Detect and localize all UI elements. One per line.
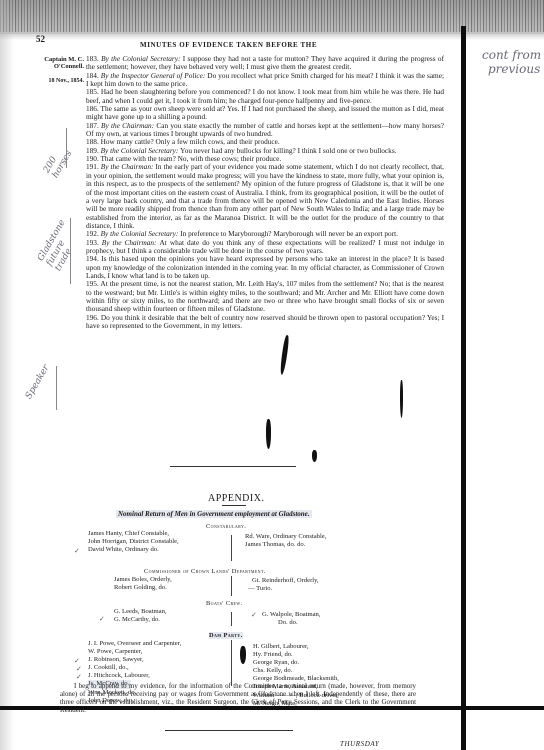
page-number: 52 — [36, 34, 45, 44]
roster-entry: James Thomas, do. do. — [245, 541, 326, 549]
margin-note-horses: 200 horses — [42, 144, 74, 180]
column-divider — [231, 640, 232, 686]
catchword: THURSDAY — [340, 740, 379, 748]
evidence-question: 193. By the Chairman: At what date do yo… — [86, 239, 444, 256]
appendix-title: APPENDIX. — [208, 493, 264, 504]
roster-entry: George Ryan, do. — [253, 659, 339, 667]
check-mark: ✓ — [74, 657, 80, 665]
commissioner-right: Gt. Reinderhoff, Orderly, — Turio. — [252, 577, 319, 593]
witness-name: Captain M. C. O'Connell. — [44, 56, 84, 70]
roster-entry: Gt. Reinderhoff, Orderly, — [252, 577, 319, 585]
evidence-question: 195. At the present time, is not the nea… — [86, 280, 444, 313]
evidence-question: 186. The same as your own sheep were sol… — [86, 105, 444, 122]
margin-note-trade: Gladstone future trade — [36, 218, 85, 273]
witness-date: 18 Nov., 1854. — [34, 78, 84, 85]
roster-entry: Do. do. — [278, 619, 321, 627]
section-heading-constabulary: Constabulary. — [206, 523, 246, 530]
section-heading-dam-party: Dam Party. — [209, 632, 243, 639]
evidence-body: 183. By the Colonial Secretary: I suppos… — [86, 55, 444, 330]
evidence-question: 191. By the Chairman: In the early part … — [86, 163, 444, 230]
evidence-question: 187. By the Chairman: Can you state exac… — [86, 122, 444, 139]
ink-blot — [279, 335, 290, 375]
evidence-question: 194. Is this based upon the opinions you… — [86, 255, 444, 280]
check-mark: ✓ — [76, 665, 82, 673]
margin-bracket — [66, 128, 67, 168]
margin-bracket — [56, 366, 57, 410]
check-mark: ✓ — [99, 615, 105, 623]
appendix-closing-paragraph: I beg to append to my evidence, for the … — [60, 683, 416, 715]
margin-note-line: cont from — [482, 48, 541, 62]
roster-entry: J. Hitchcock, Labourer, — [88, 672, 181, 680]
roster-entry: J. I. Powe, Overseer and Carpenter, — [88, 640, 181, 648]
end-rule — [165, 730, 293, 731]
question-text: At the present time, is not the nearest … — [86, 279, 444, 313]
check-mark: ✓ — [76, 673, 82, 681]
roster-entry: James Hanty, Chief Constable, — [88, 530, 179, 538]
evidence-question: 183. By the Colonial Secretary: I suppos… — [86, 55, 444, 72]
roster-entry: J. Cooktill, do., — [88, 664, 181, 672]
question-text: The same as your own sheep were sold at?… — [86, 104, 444, 121]
roster-entry: J. Robinson, Sawyer, — [88, 656, 181, 664]
ink-blot — [312, 450, 317, 462]
column-divider — [231, 576, 232, 596]
scan-noise-left — [0, 0, 14, 750]
roster-entry: Chs. Kelly, do. — [253, 667, 339, 675]
evidence-question: 196. Do you think it desirable that the … — [86, 314, 444, 331]
check-mark: ✓ — [74, 547, 80, 555]
witness-sidenote: Captain M. C. O'Connell. 18 Nov., 1854. — [34, 56, 84, 85]
commissioner-left: James Boles, Orderly, Robert Golding, do… — [114, 576, 172, 592]
fold-line-vertical — [461, 26, 466, 750]
section-heading-commissioner: Commissioner of Crown Lands' Department. — [144, 568, 266, 575]
roster-entry: David White, Ordinary do. — [88, 546, 179, 554]
margin-note-top-right: cont from previous — [482, 48, 541, 76]
title-rule — [222, 505, 246, 506]
closing-text: I beg to append to my evidence, for the … — [60, 683, 416, 715]
section-heading-boats-crew: Boats' Crew. — [206, 600, 243, 607]
roster-entry: W. Powe, Carpenter, — [88, 648, 181, 656]
constabulary-left: James Hanty, Chief Constable, John Horri… — [88, 530, 179, 554]
question-text: Do you think it desirable that the belt … — [86, 313, 444, 330]
roster-entry: G. Walpole, Boatman, — [262, 611, 321, 619]
constabulary-right: Rd. Ware, Ordinary Constable, James Thom… — [245, 533, 326, 549]
roster-entry: Hy. Friend, do. — [253, 651, 339, 659]
column-divider — [231, 612, 232, 626]
question-text: In the early part of your evidence you m… — [86, 162, 444, 229]
roster-entry: Robert Golding, do. — [114, 584, 172, 592]
roster-entry: John Horrigan, District Constable, — [88, 538, 179, 546]
ink-blot — [266, 419, 271, 449]
margin-note-line: Speaker — [24, 363, 52, 401]
running-head: MINUTES OF EVIDENCE TAKEN BEFORE THE — [140, 41, 317, 49]
check-mark: ✓ — [251, 611, 257, 619]
column-divider — [231, 535, 232, 561]
roster-entry: G. McCarthy, do. — [114, 616, 167, 624]
margin-bracket — [70, 218, 71, 284]
margin-note-line: previous — [488, 62, 541, 76]
roster-entry: Rd. Ware, Ordinary Constable, — [245, 533, 326, 541]
roster-entry: H. Gilbert, Labourer, — [253, 643, 339, 651]
question-text: Had he been slaughtering before you comm… — [86, 87, 444, 104]
evidence-question: 184. By the Inspector General of Police:… — [86, 72, 444, 89]
roster-entry: James Boles, Orderly, — [114, 576, 172, 584]
question-text: Is this based upon the opinions you have… — [86, 254, 444, 280]
section-rule — [170, 466, 296, 467]
roster-entry: — Turio. — [248, 585, 319, 593]
margin-note-speaker: Speaker — [24, 363, 52, 401]
evidence-question: 185. Had he been slaughtering before you… — [86, 88, 444, 105]
boats-crew-right: G. Walpole, Boatman, Do. do. — [262, 611, 321, 627]
roster-entry: G. Leeds, Boatman, — [114, 608, 167, 616]
ink-blot — [240, 646, 246, 664]
appendix-subtitle: Nominal Return of Men in Government empl… — [116, 510, 312, 518]
boats-crew-left: G. Leeds, Boatman, G. McCarthy, do. — [114, 608, 167, 624]
ink-blot — [400, 380, 403, 418]
